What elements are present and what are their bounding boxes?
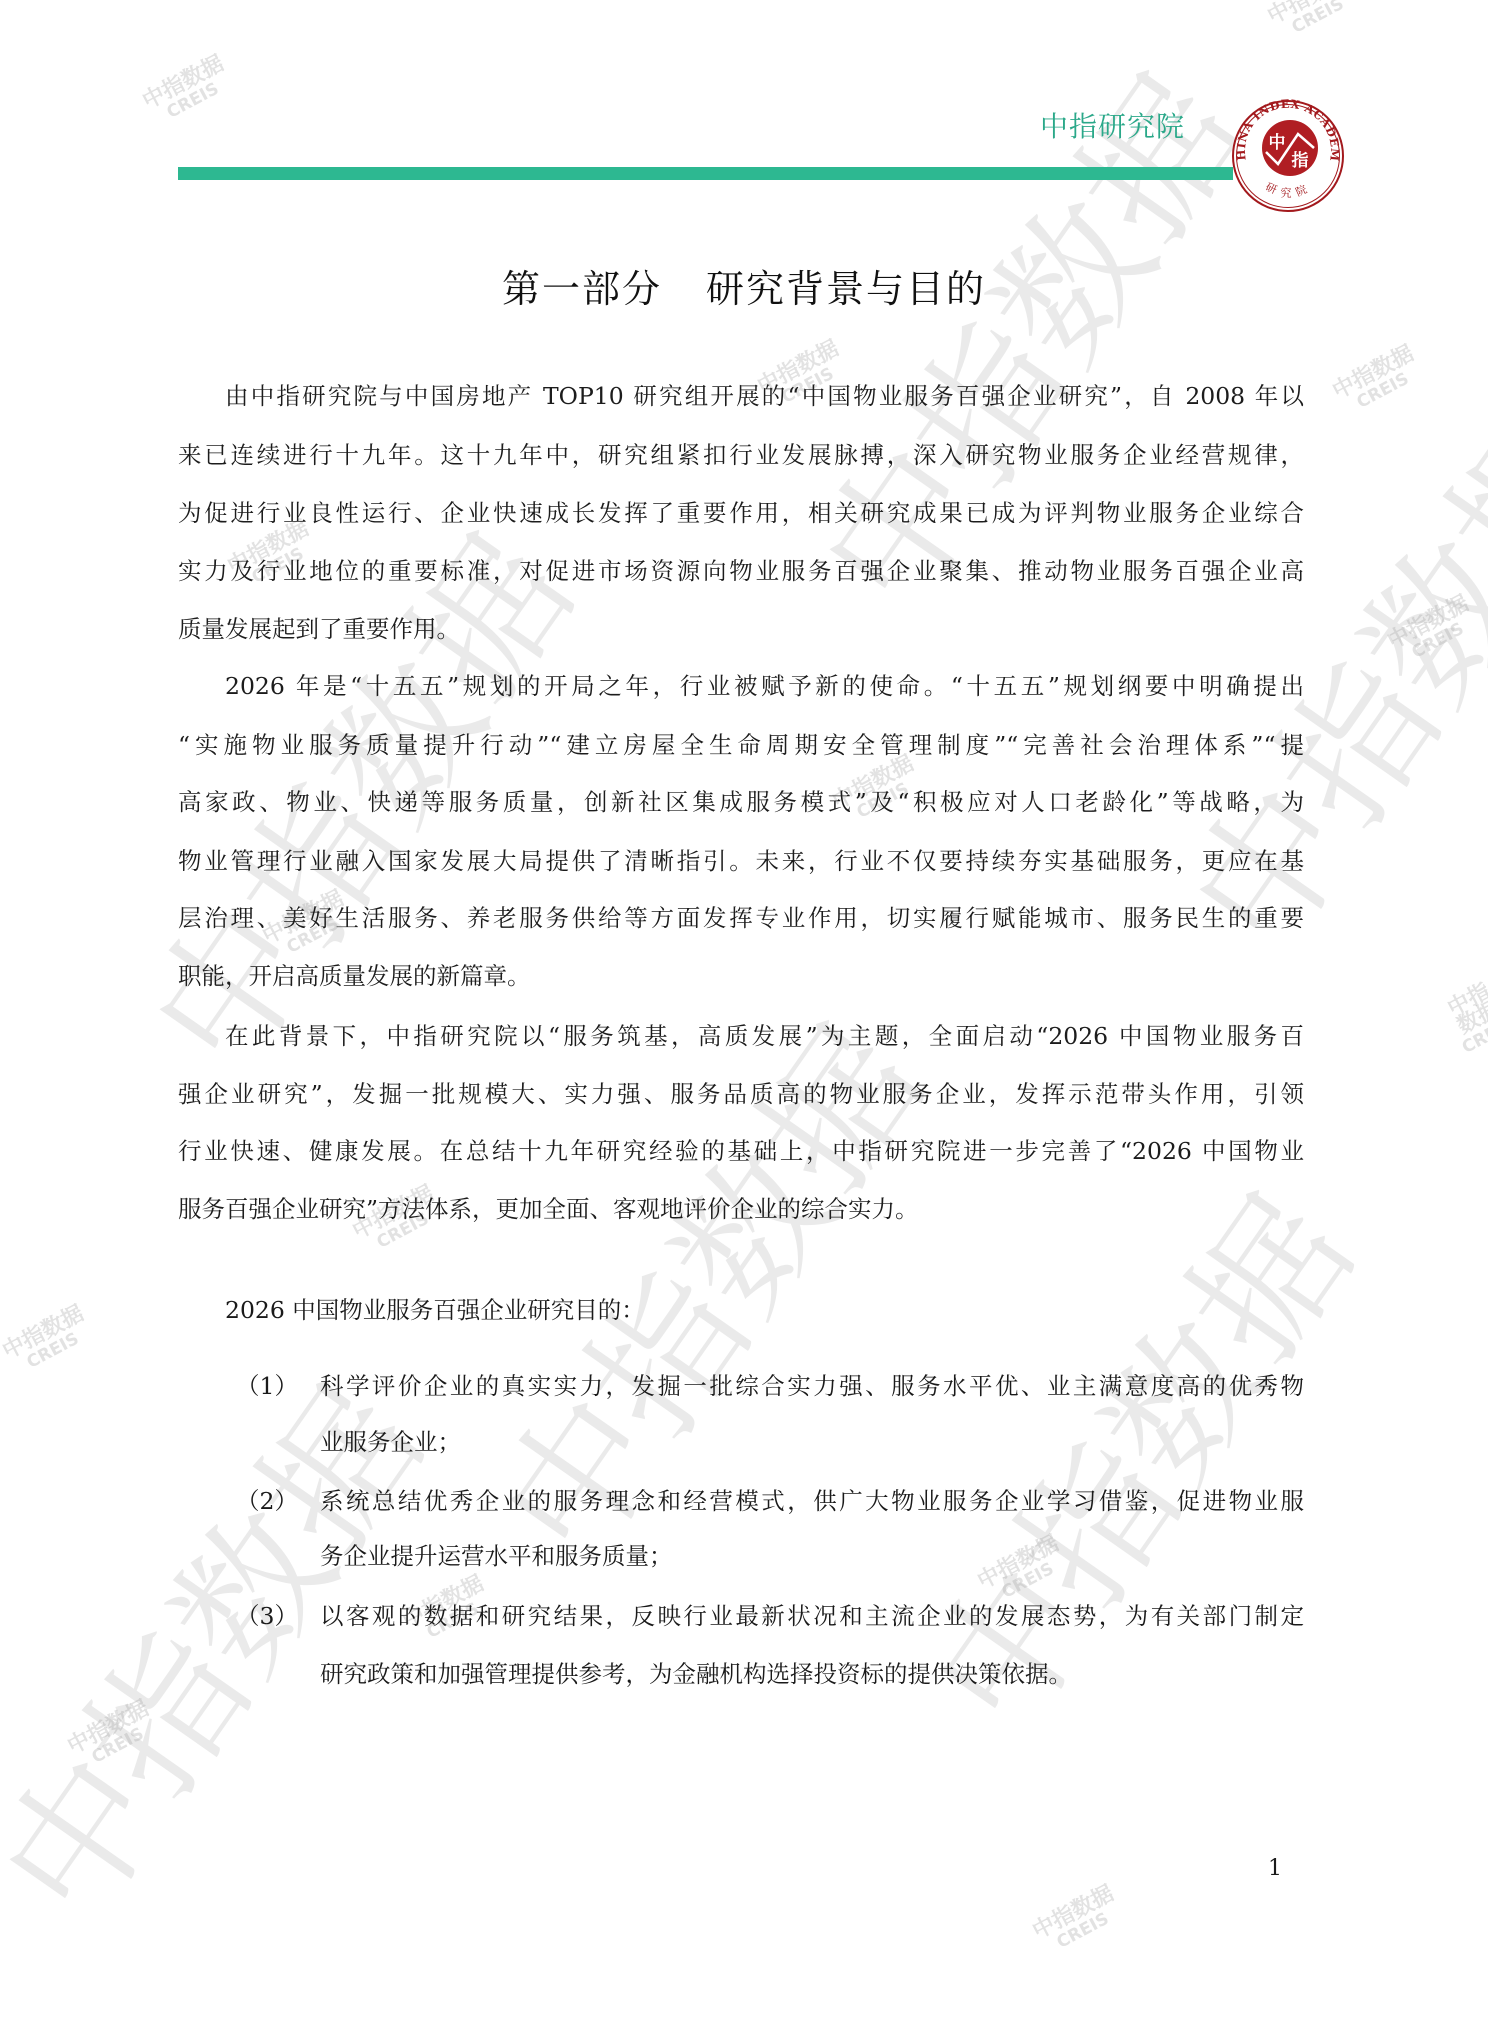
watermark-small: 中指数据CREIS (1440, 979, 1488, 1058)
watermark-small: 中指数据CREIS (1030, 1884, 1126, 1961)
watermark-large: 中指数据 (760, 28, 1281, 643)
svg-text:指: 指 (1292, 150, 1309, 171)
paragraph-line: 物业管理行业融入国家发展大局提供了清晰指引。未来，行业不仅要持续夯实基础服务，更… (178, 846, 1304, 876)
purpose-item-line: 务企业提升运营水平和服务质量； (320, 1541, 1304, 1571)
paragraph-line: 实力及行业地位的重要标准，对促进市场资源向物业服务百强企业聚集、推动物业服务百强… (178, 556, 1304, 586)
paragraph-line: 职能，开启高质量发展的新篇章。 (178, 961, 1304, 991)
paragraph-line: 行业快速、健康发展。在总结十九年研究经验的基础上，中指研究院进一步完善了“202… (178, 1136, 1304, 1166)
watermark-small: 中指数据CREIS (1330, 344, 1426, 421)
purpose-item-number: （2） (236, 1486, 298, 1516)
purpose-item-line: 以客观的数据和研究结果，反映行业最新状况和主流企业的发展态势，为有关部门制定 (320, 1601, 1304, 1631)
paragraph-line: 质量发展起到了重要作用。 (178, 614, 1304, 644)
purpose-item-line: 研究政策和加强管理提供参考，为金融机构选择投资标的提供决策依据。 (320, 1659, 1304, 1689)
paragraph-line: 强企业研究”，发掘一批规模大、实力强、服务品质高的物业服务企业，发挥示范带头作用… (178, 1079, 1304, 1109)
watermark-small: 中指数据CREIS (1385, 594, 1481, 671)
purpose-item-line: 科学评价企业的真实实力，发掘一批综合实力强、服务水平优、业主满意度高的优秀物 (320, 1371, 1304, 1401)
purpose-item-line: 业服务企业； (320, 1427, 1304, 1457)
watermark-small: 中指数据CREIS (65, 1699, 161, 1776)
paragraph-line: 在此背景下，中指研究院以“服务筑基，高质发展”为主题，全面启动“2026 中国物… (225, 1021, 1304, 1051)
paragraph-line: 服务百强企业研究”方法体系，更加全面、客观地评价企业的综合实力。 (178, 1194, 1304, 1224)
china-index-academy-logo-icon: CHINA INDEX ACADEMY 中 指 研究院 (1230, 98, 1346, 214)
watermark-small: 中指数据CREIS (1265, 0, 1361, 45)
svg-text:中: 中 (1269, 132, 1286, 153)
watermark-small: 中指数据CREIS (0, 1304, 96, 1381)
header-divider-bar (178, 167, 1233, 180)
page-number: 1 (1268, 1856, 1282, 1881)
paragraph-line: 由中指研究院与中国房地产 TOP10 研究组开展的“中国物业服务百强企业研究”，… (225, 381, 1304, 411)
purpose-item-number: （1） (236, 1371, 298, 1401)
purpose-heading: 2026 中国物业服务百强企业研究目的： (225, 1295, 645, 1325)
paragraph-line: 为促进行业良性运行、企业快速成长发挥了重要作用，相关研究成果已成为评判物业服务企… (178, 498, 1304, 528)
paragraph-line: 高家政、物业、快递等服务质量，创新社区集成服务模式”及“积极应对人口老龄化”等战… (178, 787, 1304, 817)
watermark-small: 中指数据CREIS (140, 54, 236, 131)
paragraph-line: 层治理、美好生活服务、养老服务供给等方面发挥专业作用，切实履行赋能城市、服务民生… (178, 903, 1304, 933)
header-org-name: 中指研究院 (1040, 105, 1185, 145)
paragraph-line: 来已连续进行十九年。这十九年中，研究组紧扣行业发展脉搏，深入研究物业服务企业经营… (178, 440, 1304, 470)
purpose-item-line: 系统总结优秀企业的服务理念和经营模式，供广大物业服务企业学习借鉴，促进物业服 (320, 1486, 1304, 1516)
section-part-label: 第一部分 (502, 267, 662, 311)
paragraph-line: “实施物业服务质量提升行动”“建立房屋全生命周期安全管理制度”“完善社会治理体系… (178, 730, 1304, 760)
section-subject: 研究背景与目的 (706, 267, 986, 311)
document-page: 中指数据 中指数据 中指数据 中指数据 中指数据 中指数据 中指数据CREIS … (0, 0, 1488, 2019)
purpose-item-number: （3） (236, 1601, 298, 1631)
section-title: 第一部分研究背景与目的 (0, 258, 1488, 313)
paragraph-line: 2026 年是“十五五”规划的开局之年，行业被赋予新的使命。“十五五”规划纲要中… (225, 671, 1304, 701)
